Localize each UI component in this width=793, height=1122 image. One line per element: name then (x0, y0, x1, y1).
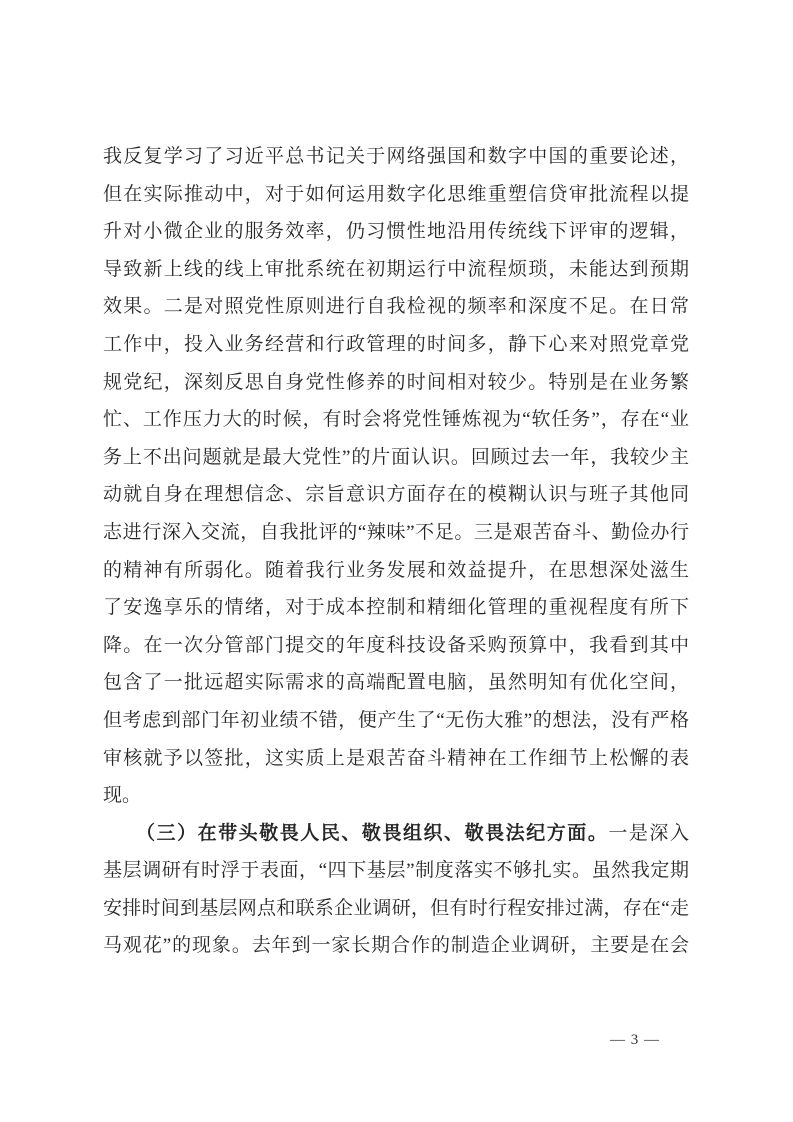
body-line: 升对小微企业的服务效率，仍习惯性地沿用传统线下评审的逻辑， (103, 213, 689, 251)
body-line: 的精神有所弱化。随着我行业务发展和效益提升，在思想深处滋生 (103, 552, 689, 590)
body-line: 规党纪，深刻反思自身党性修养的时间相对较少。特别是在业务繁 (103, 364, 689, 402)
body-line: 导致新上线的线上审批系统在初期运行中流程烦琐，未能达到预期 (103, 251, 689, 289)
body-line: 工作中，投入业务经营和行政管理的时间多，静下心来对照党章党 (103, 326, 689, 364)
body-line: 基层调研有时浮于表面，“四下基层”制度落实不够扎实。虽然我定期 (103, 852, 689, 890)
body-line: 但在实际推动中，对于如何运用数字化思维重塑信贷审批流程以提 (103, 176, 689, 214)
body-line: 我反复学习了习近平总书记关于网络强国和数字中国的重要论述， (103, 138, 689, 176)
body-line: 效果。二是对照党性原则进行自我检视的频率和深度不足。在日常 (103, 288, 689, 326)
document-body: 我反复学习了习近平总书记关于网络强国和数字中国的重要论述， 但在实际推动中，对于… (103, 138, 689, 965)
body-line: 降。在一次分管部门提交的年度科技设备采购预算中，我看到其中 (103, 627, 689, 665)
body-line: 忙、工作压力大的时候，有时会将党性锤炼视为“软任务”，存在“业 (103, 401, 689, 439)
body-line: 但考虑到部门年初业绩不错，便产生了“无伤大雅”的想法，没有严格 (103, 702, 689, 740)
body-line: 包含了一批远超实际需求的高端配置电脑，虽然明知有优化空间， (103, 664, 689, 702)
body-line: 现。 (103, 777, 689, 815)
body-line: 了安逸享乐的情绪，对于成本控制和精细化管理的重视程度有所下 (103, 589, 689, 627)
page-number: — 3 — (594, 1031, 676, 1049)
section-heading-tail: 一是深入 (608, 823, 689, 844)
body-line: 马观花”的现象。去年到一家长期合作的制造企业调研，主要是在会 (103, 927, 689, 965)
body-line: 务上不出问题就是最大党性”的片面认识。回顾过去一年，我较少主 (103, 439, 689, 477)
section-heading-line: （三）在带头敬畏人民、敬畏组织、敬畏法纪方面。一是深入 (103, 815, 689, 853)
body-line: 动就自身在理想信念、宗旨意识方面存在的模糊认识与班子其他同 (103, 476, 689, 514)
body-line: 安排时间到基层网点和联系企业调研，但有时行程安排过满，存在“走 (103, 890, 689, 928)
body-line: 审核就予以签批，这实质上是艰苦奋斗精神在工作细节上松懈的表 (103, 740, 689, 778)
document-page: 我反复学习了习近平总书记关于网络强国和数字中国的重要论述， 但在实际推动中，对于… (0, 0, 793, 1122)
body-line: 志进行深入交流，自我批评的“辣味”不足。三是艰苦奋斗、勤俭办行 (103, 514, 689, 552)
section-heading: （三）在带头敬畏人民、敬畏组织、敬畏法纪方面。 (136, 823, 608, 844)
